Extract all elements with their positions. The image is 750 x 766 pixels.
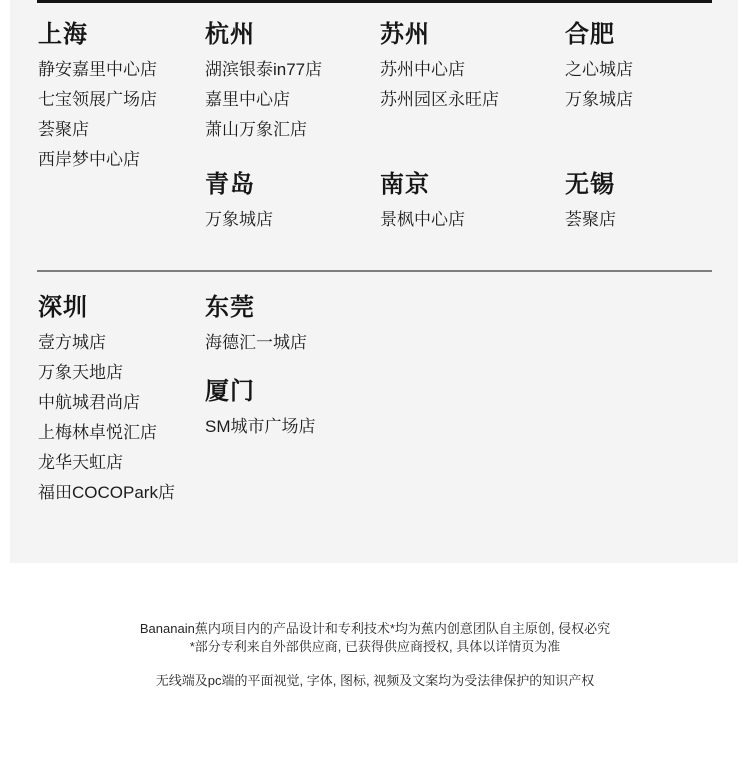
store-column: 杭州湖滨银泰in77店嘉里中心店萧山万象汇店青岛万象城店 [205, 21, 380, 235]
city-block: 青岛万象城店 [205, 171, 380, 235]
store-section-cities-south: 深圳壹方城店万象天地店中航城君尚店上梅林卓悦汇店龙华天虹店福田COCOPark店… [10, 272, 738, 508]
store-item: 龙华天虹店 [38, 448, 205, 478]
store-locations-panel: 上海静安嘉里中心店七宝领展广场店荟聚店西岸梦中心店杭州湖滨银泰in77店嘉里中心… [10, 0, 738, 563]
store-item: 七宝领展广场店 [38, 85, 205, 115]
store-item: 苏州中心店 [380, 55, 565, 85]
store-item: 中航城君尚店 [38, 388, 205, 418]
city-block: 厦门SM城市广场店 [205, 378, 380, 442]
store-item: 海德汇一城店 [205, 328, 380, 358]
store-list: 静安嘉里中心店七宝领展广场店荟聚店西岸梦中心店 [38, 55, 205, 175]
store-item: SM城市广场店 [205, 412, 380, 442]
city-heading: 合肥 [565, 21, 700, 49]
legal-line-suppliers: *部分专利来自外部供应商, 已获得供应商授权, 具体以详情页为准 [0, 638, 750, 656]
store-item: 荟聚店 [38, 115, 205, 145]
store-list: 之心城店万象城店 [565, 55, 700, 115]
city-block: 东莞海德汇一城店 [205, 294, 380, 358]
legal-footer: Bananain蕉内项目内的产品设计和专利技术*均为蕉内创意团队自主原创, 侵权… [0, 563, 750, 690]
store-item: 万象城店 [205, 205, 380, 235]
city-heading: 杭州 [205, 21, 380, 49]
store-list: 荟聚店 [565, 205, 700, 235]
city-heading: 无锡 [565, 171, 700, 199]
legal-line-originality: Bananain蕉内项目内的产品设计和专利技术*均为蕉内创意团队自主原创, 侵权… [0, 620, 750, 638]
legal-line-ip: 无线端及pc端的平面视觉, 字体, 图标, 视频及文案均为受法律保护的知识产权 [0, 672, 750, 690]
store-list: 景枫中心店 [380, 205, 565, 235]
city-heading: 厦门 [205, 378, 380, 406]
store-column: 合肥之心城店万象城店无锡荟聚店 [565, 21, 700, 235]
store-column: 苏州苏州中心店苏州园区永旺店南京景枫中心店 [380, 21, 565, 235]
city-heading: 南京 [380, 171, 565, 199]
store-item: 上梅林卓悦汇店 [38, 418, 205, 448]
store-item: 荟聚店 [565, 205, 700, 235]
store-item: 湖滨银泰in77店 [205, 55, 380, 85]
store-item: 福田COCOPark店 [38, 478, 205, 508]
store-list: 苏州中心店苏州园区永旺店 [380, 55, 565, 115]
store-item: 之心城店 [565, 55, 700, 85]
store-item: 万象天地店 [38, 358, 205, 388]
store-item: 万象城店 [565, 85, 700, 115]
city-heading: 深圳 [38, 294, 205, 322]
store-list: 壹方城店万象天地店中航城君尚店上梅林卓悦汇店龙华天虹店福田COCOPark店 [38, 328, 205, 508]
store-column: 上海静安嘉里中心店七宝领展广场店荟聚店西岸梦中心店 [38, 21, 205, 235]
city-heading: 东莞 [205, 294, 380, 322]
store-column [565, 294, 700, 508]
store-column: 深圳壹方城店万象天地店中航城君尚店上梅林卓悦汇店龙华天虹店福田COCOPark店 [38, 294, 205, 508]
store-item: 萧山万象汇店 [205, 115, 380, 145]
store-list: SM城市广场店 [205, 412, 380, 442]
store-item: 壹方城店 [38, 328, 205, 358]
city-block: 苏州苏州中心店苏州园区永旺店 [380, 21, 565, 171]
city-heading: 青岛 [205, 171, 380, 199]
store-list: 万象城店 [205, 205, 380, 235]
city-block: 杭州湖滨银泰in77店嘉里中心店萧山万象汇店 [205, 21, 380, 171]
city-block: 南京景枫中心店 [380, 171, 565, 235]
store-column: 东莞海德汇一城店厦门SM城市广场店 [205, 294, 380, 508]
city-block: 合肥之心城店万象城店 [565, 21, 700, 171]
city-heading: 苏州 [380, 21, 565, 49]
store-item: 西岸梦中心店 [38, 145, 205, 175]
store-column [380, 294, 565, 508]
store-item: 苏州园区永旺店 [380, 85, 565, 115]
store-list: 湖滨银泰in77店嘉里中心店萧山万象汇店 [205, 55, 380, 145]
store-item: 景枫中心店 [380, 205, 565, 235]
store-section-cities-east: 上海静安嘉里中心店七宝领展广场店荟聚店西岸梦中心店杭州湖滨银泰in77店嘉里中心… [10, 3, 738, 270]
store-item: 嘉里中心店 [205, 85, 380, 115]
city-block: 无锡荟聚店 [565, 171, 700, 235]
city-block: 深圳壹方城店万象天地店中航城君尚店上梅林卓悦汇店龙华天虹店福田COCOPark店 [38, 294, 205, 508]
store-list: 海德汇一城店 [205, 328, 380, 358]
city-block: 上海静安嘉里中心店七宝领展广场店荟聚店西岸梦中心店 [38, 21, 205, 171]
store-item: 静安嘉里中心店 [38, 55, 205, 85]
city-heading: 上海 [38, 21, 205, 49]
